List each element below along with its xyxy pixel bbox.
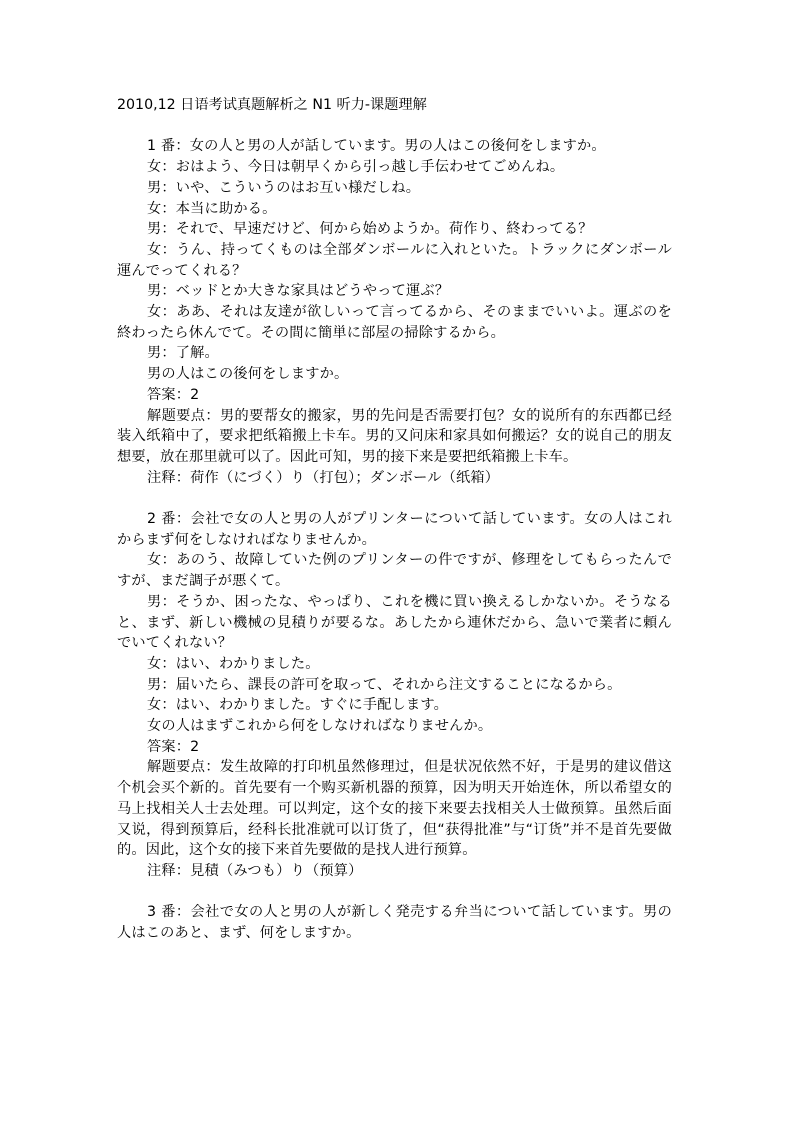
dialogue-line: 女：おはよう、今日は朝早くから引っ越し手伝わせてごめんね。 [117, 157, 672, 178]
spacer [117, 488, 672, 509]
explanation: 解题要点：男的要帮女的搬家，男的先问是否需要打包？女的说所有的东西都已经装入纸箱… [117, 406, 672, 468]
dialogue-line: 男：いや、こういうのはお互い様だしね。 [117, 178, 672, 199]
dialogue-line: 女：ああ、それは友達が欲しいって言ってるから、そのままでいいよ。運ぶのを終わった… [117, 302, 672, 343]
question-repeat: 男の人はこの後何をしますか。 [117, 364, 672, 385]
dialogue-line: 女：はい、わかりました。 [117, 654, 672, 675]
dialogue-line: 男：そうか、困ったな、やっぱり、これを機に買い換えるしかないか。そうなると、まず… [117, 592, 672, 654]
question-prompt: 1 番：女の人と男の人が話しています。男の人はこの後何をしますか。 [117, 136, 672, 157]
dialogue-line: 女：はい、わかりました。すぐに手配します。 [117, 695, 672, 716]
question-prompt: 3 番：会社で女の人と男の人が新しく発売する弁当について話しています。男の人はこ… [117, 902, 672, 943]
explanation: 解题要点：发生故障的打印机虽然修理过，但是状况依然不好，于是男的建议借这个机会买… [117, 757, 672, 861]
question-repeat: 女の人はまずこれから何をしなければなりませんか。 [117, 716, 672, 737]
dialogue-line: 男：それで、早速だけど、何から始めようか。荷作り、終わってる？ [117, 219, 672, 240]
question-3: 3 番：会社で女の人と男の人が新しく発売する弁当について話しています。男の人はこ… [117, 902, 672, 943]
spacer [117, 882, 672, 903]
question-2: 2 番：会社で女の人と男の人がプリンターについて話しています。女の人はこれからま… [117, 509, 672, 882]
dialogue-line: 男：ベッドとか大きな家具はどうやって運ぶ？ [117, 281, 672, 302]
question-1: 1 番：女の人と男の人が話しています。男の人はこの後何をしますか。 女：おはよう… [117, 136, 672, 488]
dialogue-line: 女：うん、持ってくものは全部ダンボールに入れといた。トラックにダンボール運んでっ… [117, 240, 672, 281]
document-page: 2010,12 日语考试真题解析之 N1 听力-课题理解 1 番：女の人と男の人… [117, 95, 672, 944]
answer: 答案：2 [117, 737, 672, 758]
dialogue-line: 男：了解。 [117, 343, 672, 364]
annotation: 注释：荷作（にづく）り（打包）；ダンボール（纸箱） [117, 468, 672, 489]
dialogue-line: 女：本当に助かる。 [117, 199, 672, 220]
dialogue-line: 男：届いたら、課長の許可を取って、それから注文することになるから。 [117, 675, 672, 696]
dialogue-line: 女：あのう、故障していた例のプリンターの件ですが、修理をしてもらったんですが、ま… [117, 550, 672, 591]
document-title: 2010,12 日语考试真题解析之 N1 听力-课题理解 [117, 95, 672, 116]
answer: 答案：2 [117, 385, 672, 406]
question-prompt: 2 番：会社で女の人と男の人がプリンターについて話しています。女の人はこれからま… [117, 509, 672, 550]
annotation: 注释：見積（みつも）り（预算） [117, 861, 672, 882]
